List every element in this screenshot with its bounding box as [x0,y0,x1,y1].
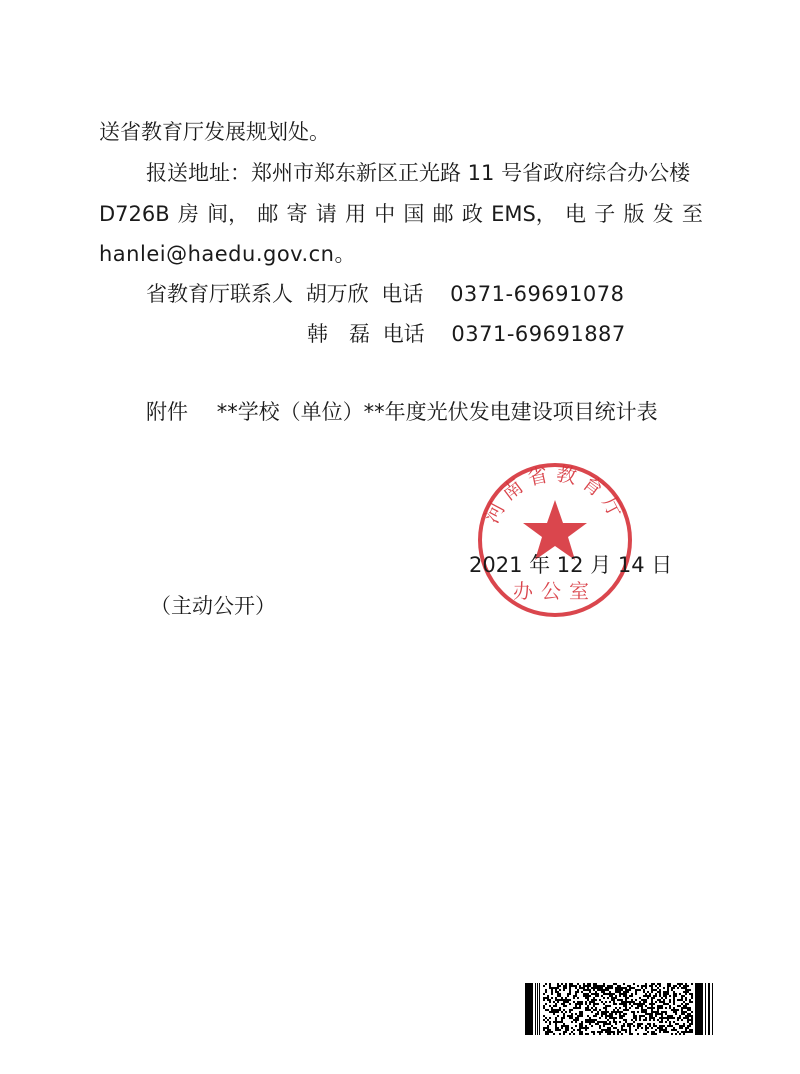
phone-number: 0371-69691887 [451,322,625,346]
address-word: 版 [623,200,644,228]
phone-label: 电话 [381,282,423,306]
contact-row-1: 省教育厅联系人 胡万欣 电话 0371-69691078 [146,280,624,308]
email-address: hanlei@haedu.gov.cn。 [99,240,356,268]
contact-name: 韩 磊 [307,322,370,346]
contact-prefix: 省教育厅联系人 [146,282,293,306]
address-word: EMS， [491,200,557,228]
document-date: 2021 年 12 月 14 日 [469,552,672,578]
address-word: 发 [653,200,674,228]
address-word: 请 [316,200,337,228]
address-word: 子 [594,200,615,228]
contact-name: 胡万欣 [306,282,369,306]
address-word: 用 [345,200,366,228]
attachment-title: **学校（单位）**年度光伏发电建设项目统计表 [217,400,658,424]
address-word: 中 [374,200,395,228]
address-word: 邮 [257,200,278,228]
address-word: 国 [403,200,424,228]
star-icon [523,500,587,560]
address-word: 邮 [433,200,454,228]
address-word: 至 [682,200,703,228]
attachment-line: 附件 **学校（单位）**年度光伏发电建设项目统计表 [146,398,658,426]
address-word: 寄 [287,200,308,228]
barcode-icon [525,983,715,1035]
address-line-2: D726B房间，邮寄请用中国邮政EMS，电子版发至 [99,200,703,228]
address-word: 政 [462,200,483,228]
attachment-label: 附件 [146,400,188,424]
phone-label: 电话 [383,322,425,346]
svg-text:办公室: 办公室 [513,579,597,603]
contact-row-2: 韩 磊 电话 0371-69691887 [307,320,626,348]
paragraph-tail: 送省教育厅发展规划处。 [99,118,330,146]
address-word: 间， [207,200,249,228]
address-line-1: 报送地址：郑州市郑东新区正光路 11 号省政府综合办公楼 [146,159,690,187]
phone-number: 0371-69691078 [450,282,624,306]
address-word: 电 [565,200,586,228]
disclosure-label: （主动公开） [150,592,276,620]
address-word: 房 [178,200,199,228]
official-seal-stamp: 河南省教育厅 办公室 [470,460,640,620]
address-word: D726B [99,200,170,228]
